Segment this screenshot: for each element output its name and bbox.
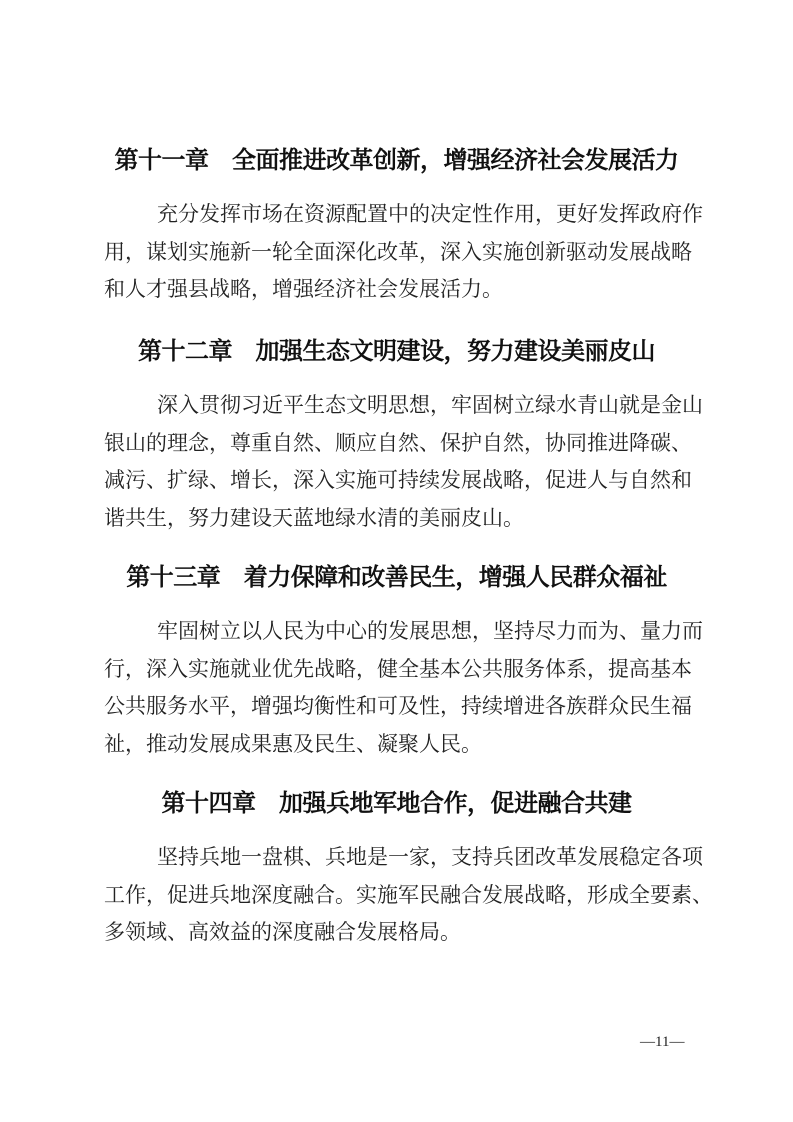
- chapter-13-paragraph: 牢固树立以人民为中心的发展思想，坚持尽力而为、量力而 行，深入实施就业优先战略，…: [104, 613, 690, 763]
- paragraph-line: 和人才强县战略，增强经济社会发展活力。: [104, 271, 690, 309]
- paragraph-line: 多领域、高效益的深度融合发展格局。: [104, 914, 690, 952]
- paragraph-line: 充分发挥市场在资源配置中的决定性作用，更好发挥政府作: [104, 196, 690, 234]
- paragraph-line: 谐共生，努力建设天蓝地绿水清的美丽皮山。: [104, 500, 690, 538]
- paragraph-line: 用，谋划实施新一轮全面深化改革，深入实施创新驱动发展战略: [104, 234, 690, 272]
- chapter-12-paragraph: 深入贯彻习近平生态文明思想，牢固树立绿水青山就是金山 银山的理念，尊重自然、顺应…: [104, 387, 690, 537]
- chapter-14-paragraph: 坚持兵地一盘棋、兵地是一家，支持兵团改革发展稳定各项 工作，促进兵地深度融合。实…: [104, 839, 690, 952]
- chapter-13-heading: 第十三章 着力保障和改善民生，增强人民群众福祉: [0, 557, 793, 592]
- chapter-11-paragraph: 充分发挥市场在资源配置中的决定性作用，更好发挥政府作 用，谋划实施新一轮全面深化…: [104, 196, 690, 309]
- paragraph-line: 牢固树立以人民为中心的发展思想，坚持尽力而为、量力而: [104, 613, 690, 651]
- paragraph-line: 工作，促进兵地深度融合。实施军民融合发展战略，形成全要素、: [104, 877, 690, 915]
- paragraph-line: 公共服务水平，增强均衡性和可及性，持续增进各族群众民生福: [104, 688, 690, 726]
- document-page: 第十一章 全面推进改革创新，增强经济社会发展活力 充分发挥市场在资源配置中的决定…: [0, 0, 793, 1122]
- page-number: —11—: [640, 1034, 684, 1051]
- paragraph-line: 祉，推动发展成果惠及民生、凝聚人民。: [104, 726, 690, 764]
- chapter-12-heading: 第十二章 加强生态文明建设，努力建设美丽皮山: [0, 331, 793, 366]
- chapter-14-heading: 第十四章 加强兵地军地合作，促进融合共建: [0, 783, 793, 818]
- paragraph-line: 行，深入实施就业优先战略，健全基本公共服务体系，提高基本: [104, 651, 690, 689]
- paragraph-line: 深入贯彻习近平生态文明思想，牢固树立绿水青山就是金山: [104, 387, 690, 425]
- paragraph-line: 银山的理念，尊重自然、顺应自然、保护自然，协同推进降碳、: [104, 425, 690, 463]
- paragraph-line: 坚持兵地一盘棋、兵地是一家，支持兵团改革发展稳定各项: [104, 839, 690, 877]
- chapter-11-heading: 第十一章 全面推进改革创新，增强经济社会发展活力: [0, 140, 793, 175]
- paragraph-line: 减污、扩绿、增长，深入实施可持续发展战略，促进人与自然和: [104, 462, 690, 500]
